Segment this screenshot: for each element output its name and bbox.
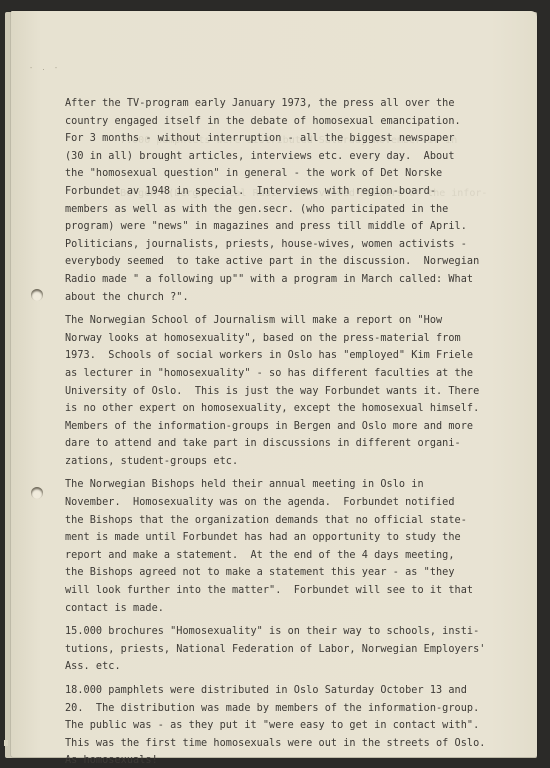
punch-hole-top bbox=[31, 289, 43, 301]
text-line: contact is made. bbox=[65, 600, 510, 618]
text-line: the Bishops agreed not to make a stateme… bbox=[65, 564, 510, 582]
text-line: 15.000 brochures "Homosexuality" is on t… bbox=[65, 623, 510, 641]
text-line: members as well as with the gen.secr. (w… bbox=[65, 201, 510, 219]
text-line: Members of the information-groups in Ber… bbox=[65, 418, 510, 436]
text-line: The public was - as they put it "were ea… bbox=[65, 717, 510, 735]
text-line: Forbundet av 1948 in special. Interviews… bbox=[65, 183, 510, 201]
paragraph-press-coverage: After the TV-program early January 1973,… bbox=[65, 95, 510, 306]
paragraph-journalism-school: The Norwegian School of Journalism will … bbox=[65, 312, 510, 470]
paragraph-brochures: 15.000 brochures "Homosexuality" is on t… bbox=[65, 623, 510, 676]
text-line: The Norwegian School of Journalism will … bbox=[65, 312, 510, 330]
text-line: The Norwegian Bishops held their annual … bbox=[65, 476, 510, 494]
page-edge-tab bbox=[4, 740, 8, 746]
text-line: tutions, priests, National Federation of… bbox=[65, 641, 510, 659]
text-line: zations, student-groups etc. bbox=[65, 453, 510, 471]
text-line: Politicians, journalists, priests, house… bbox=[65, 236, 510, 254]
corner-mark: - . - bbox=[29, 64, 60, 72]
text-line: After the TV-program early January 1973,… bbox=[65, 95, 510, 113]
text-line: report and make a statement. At the end … bbox=[65, 547, 510, 565]
text-line: 1973. Schools of social workers in Oslo … bbox=[65, 347, 510, 365]
text-line: Ass. etc. bbox=[65, 658, 510, 676]
text-line: For 3 months - without interruption - al… bbox=[65, 130, 510, 148]
paragraph-bishops: The Norwegian Bishops held their annual … bbox=[65, 476, 510, 617]
punch-hole-bottom bbox=[31, 487, 43, 499]
text-line: dare to attend and take part in discussi… bbox=[65, 435, 510, 453]
text-line: is no other expert on homosexuality, exc… bbox=[65, 400, 510, 418]
text-line: Norway looks at homosexuality", based on… bbox=[65, 330, 510, 348]
paragraph-pamphlets: 18.000 pamphlets were distributed in Osl… bbox=[65, 682, 510, 768]
text-line: the Bishops that the organization demand… bbox=[65, 512, 510, 530]
text-line: University of Oslo. This is just the way… bbox=[65, 383, 510, 401]
text-line: November. Homosexuality was on the agend… bbox=[65, 494, 510, 512]
text-line: as lecturer in "homosexuality" - so has … bbox=[65, 365, 510, 383]
text-line: As homosexuals! bbox=[65, 752, 510, 768]
text-line: This was the first time homosexuals were… bbox=[65, 735, 510, 753]
text-line: 18.000 pamphlets were distributed in Osl… bbox=[65, 682, 510, 700]
text-line: will look further into the matter". Forb… bbox=[65, 582, 510, 600]
text-line: country engaged itself in the debate of … bbox=[65, 113, 510, 131]
text-line: about the church ?". bbox=[65, 289, 510, 307]
text-line: ment is made until Forbundet has had an … bbox=[65, 529, 510, 547]
text-line: everybody seemed to take active part in … bbox=[65, 253, 510, 271]
document-body: After the TV-program early January 1973,… bbox=[65, 95, 510, 768]
text-line: program) were "news" in magazines and pr… bbox=[65, 218, 510, 236]
text-line: the "homosexual question" in general - t… bbox=[65, 165, 510, 183]
text-line: Radio made " a following up"" with a pro… bbox=[65, 271, 510, 289]
text-line: 20. The distribution was made by members… bbox=[65, 700, 510, 718]
text-line: (30 in all) brought articles, interviews… bbox=[65, 148, 510, 166]
